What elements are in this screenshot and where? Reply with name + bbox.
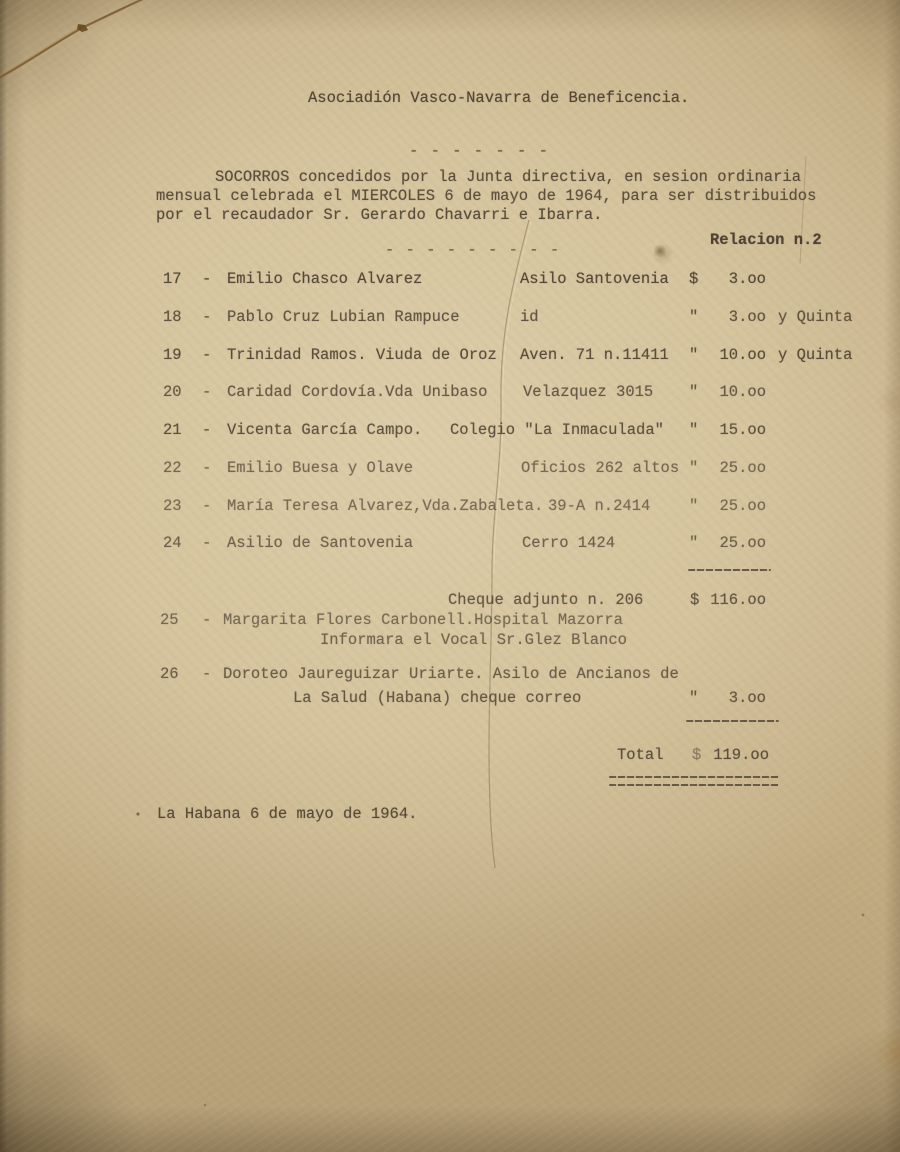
table-row: 25 - Margarita Flores Carbonell.Hospital… — [0, 611, 900, 631]
entry-dash: - — [202, 308, 211, 327]
table-row: 19 - Trinidad Ramos. Viuda de Oroz Aven.… — [0, 346, 900, 366]
table-row: 17 - Emilio Chasco Alvarez Asilo Santove… — [0, 270, 900, 290]
table-row: 18 - Pablo Cruz Lubian Rampuce id " 3.oo… — [0, 308, 900, 328]
entry-amount: 10.oo — [689, 346, 766, 365]
entry-amount: 10.oo — [689, 383, 766, 402]
separator-dashes-top: - - - - - - - — [409, 142, 549, 161]
paper-speck — [204, 1104, 207, 1107]
entry-address: id — [520, 308, 539, 327]
entry-number: 21 — [163, 421, 182, 440]
entry-amount: 25.oo — [689, 534, 766, 553]
entry-note: Informara el Vocal Sr.Glez Blanco — [320, 631, 627, 650]
grand-total-rule-top — [609, 776, 779, 778]
entry-dash: - — [202, 421, 211, 440]
thread-knot — [77, 24, 88, 32]
entry-dash: - — [202, 611, 211, 630]
entry-address: 39-A n.2414 — [548, 497, 650, 516]
intro-line-3: por el recaudador Sr. Gerardo Chavarri e… — [156, 206, 602, 225]
intro-line-2: mensual celebrada el MIERCOLES 6 de mayo… — [156, 187, 816, 206]
entry-dash: - — [202, 534, 211, 553]
entry-address: Cerro 1424 — [522, 534, 615, 553]
subtotal-rule — [688, 569, 771, 571]
cheque-amount: 116.oo — [689, 591, 766, 610]
entry-amount: 3.oo — [689, 689, 766, 708]
grand-total-rule-bottom — [609, 784, 779, 786]
entry-address: Velazquez 3015 — [523, 383, 653, 402]
entry-name: Pablo Cruz Lubian Rampuce — [227, 308, 460, 327]
entry-amount: 3.oo — [689, 270, 766, 289]
scanned-document-page: Asociadión Vasco-Navarra de Beneficencia… — [0, 0, 900, 1152]
entry-number: 20 — [163, 383, 182, 402]
entry-name: Trinidad Ramos. Viuda de Oroz — [227, 346, 497, 365]
paper-speck — [862, 914, 865, 917]
relation-label: Relacion n.2 — [710, 231, 822, 250]
entry-number: 26 — [160, 665, 179, 684]
entry-name: Caridad Cordovía.Vda Unibaso — [227, 383, 487, 402]
entry-dash: - — [202, 346, 211, 365]
footer-date: La Habana 6 de mayo de 1964. — [157, 805, 417, 824]
document-title: Asociadión Vasco-Navarra de Beneficencia… — [308, 89, 689, 108]
entry-dash: - — [202, 270, 211, 289]
thread-highlight — [0, 26, 82, 77]
table-row: 21 - Vicenta García Campo. Colegio "La I… — [0, 421, 900, 441]
table-row: 26 - Doroteo Jaureguizar Uriarte. Asilo … — [0, 665, 900, 685]
separator-dashes-mid: - - - - - - - - - — [385, 241, 560, 260]
entry-number: 22 — [163, 459, 182, 478]
table-row: 23 - María Teresa Alvarez,Vda.Zabaleta. … — [0, 497, 900, 517]
entry-address: Oficios 262 altos — [521, 459, 679, 478]
entry-address: Aven. 71 n.11411 — [520, 346, 669, 365]
entry-amount: 15.oo — [689, 421, 766, 440]
cheque-label: Cheque adjunto n. 206 — [448, 591, 643, 610]
entry-dash: - — [202, 383, 211, 402]
entry-amount-suffix: y Quinta — [778, 346, 852, 365]
entry-dash: - — [202, 497, 211, 516]
table-row-note: Informara el Vocal Sr.Glez Blanco — [0, 631, 900, 651]
entry-address: Colegio "La Inmaculada" — [450, 421, 664, 440]
entry-amount: 3.oo — [689, 308, 766, 327]
thread-line — [0, 0, 147, 79]
paper-speck — [136, 812, 139, 815]
total-label: Total — [617, 746, 664, 765]
entry-name: Doroteo Jaureguizar Uriarte. Asilo de An… — [223, 665, 679, 684]
pre-total-rule — [686, 720, 779, 722]
entry-name: Vicenta García Campo. — [227, 421, 422, 440]
entry-dash: - — [202, 459, 211, 478]
entry-location: La Salud (Habana) cheque correo — [293, 689, 581, 708]
entry-address: Asilo Santovenia — [520, 270, 669, 289]
entry-name: Margarita Flores Carbonell.Hospital Mazo… — [223, 611, 623, 630]
table-row: 24 - Asilio de Santovenia Cerro 1424 " 2… — [0, 534, 900, 554]
table-row: La Salud (Habana) cheque correo " 3.oo — [0, 689, 900, 709]
entry-number: 17 — [163, 270, 182, 289]
entry-name: Emilio Buesa y Olave — [227, 459, 413, 478]
entry-dash: - — [202, 665, 211, 684]
table-row: 20 - Caridad Cordovía.Vda Unibaso Velazq… — [0, 383, 900, 403]
intro-line-1: SOCORROS concedidos por la Junta directi… — [215, 168, 801, 187]
cheque-line: Cheque adjunto n. 206 $ 116.oo — [0, 591, 900, 611]
entry-name: Emilio Chasco Alvarez — [227, 270, 422, 289]
entry-number: 23 — [163, 497, 182, 516]
entry-amount: 25.oo — [689, 459, 766, 478]
entry-name: María Teresa Alvarez,Vda.Zabaleta. — [227, 497, 543, 516]
entry-number: 25 — [160, 611, 179, 630]
entry-number: 18 — [163, 308, 182, 327]
entry-amount-suffix: y Quinta — [778, 308, 852, 327]
entry-amount: 25.oo — [689, 497, 766, 516]
entry-name: Asilio de Santovenia — [227, 534, 413, 553]
table-row: 22 - Emilio Buesa y Olave Oficios 262 al… — [0, 459, 900, 479]
total-amount: 119.oo — [692, 746, 769, 765]
entry-number: 24 — [163, 534, 182, 553]
entry-number: 19 — [163, 346, 182, 365]
total-line: Total $ 119.oo — [0, 746, 900, 766]
